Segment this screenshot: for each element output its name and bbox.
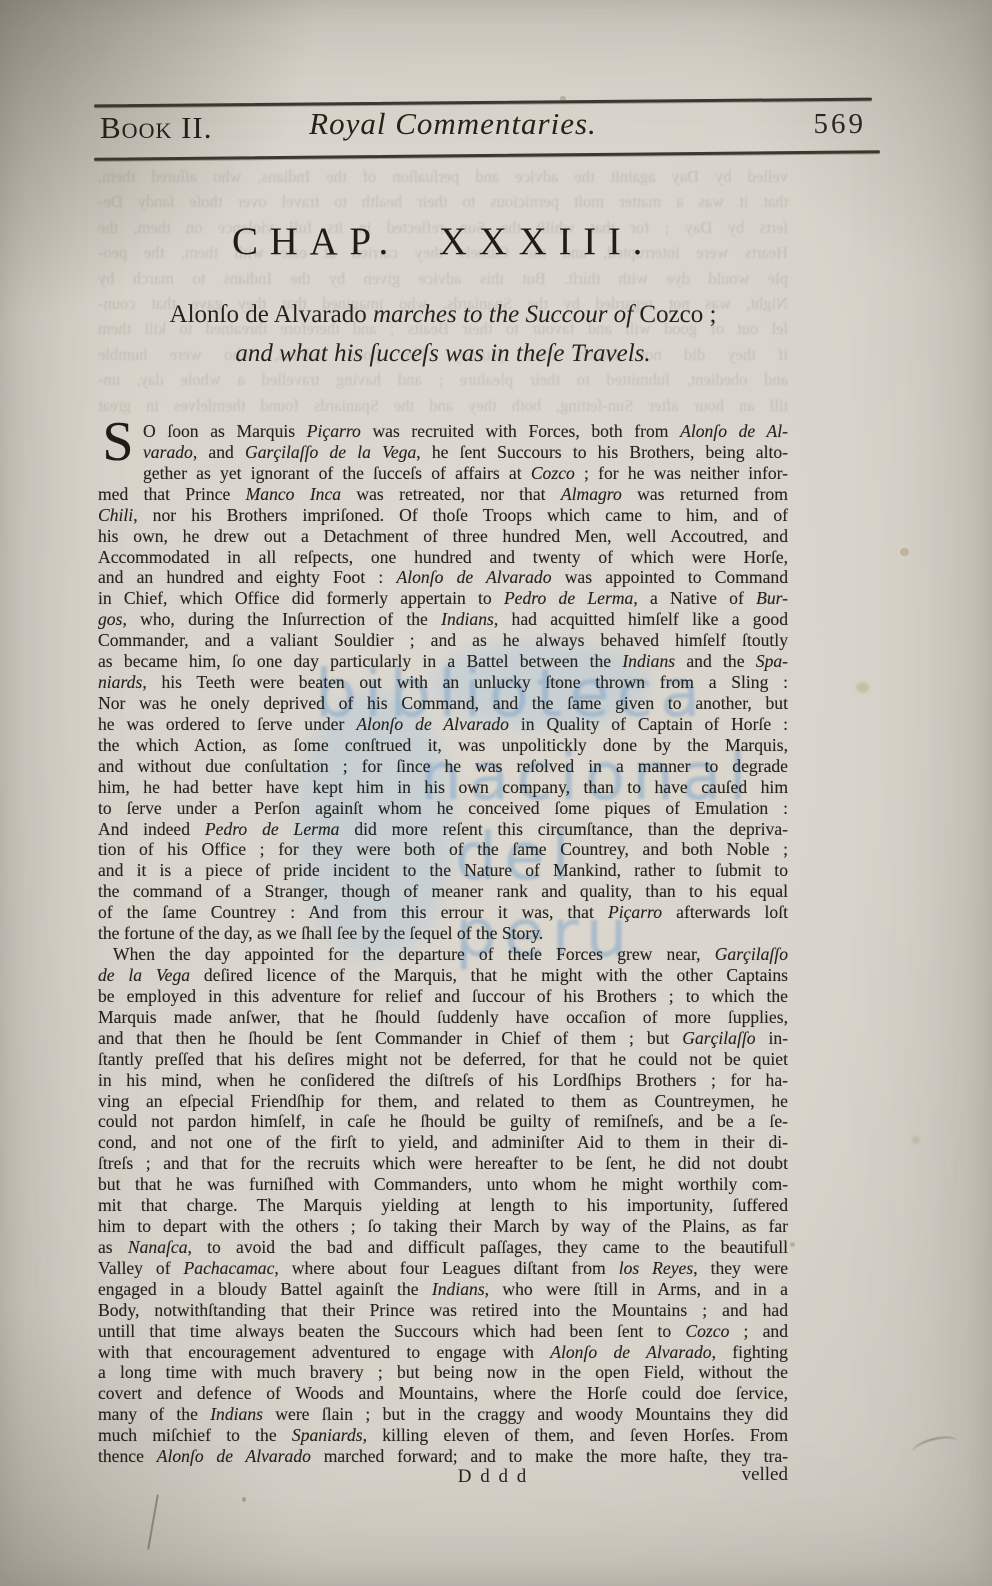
text-line: as Nanaſca, to avoid the bad and difficu…: [98, 1237, 788, 1258]
text-line: as became him, ſo one day particularly i…: [98, 651, 788, 672]
text-line: and without due conſultation ; for ſince…: [98, 756, 788, 777]
text-line: de la Vega deſired licence of the Marqui…: [98, 965, 788, 986]
text-line: with that encouragement adventured to en…: [98, 1342, 788, 1363]
text-line: mit that charge. The Marquis yielding at…: [98, 1195, 788, 1216]
fox-spot: [242, 1497, 246, 1502]
text-line: ſtantly preſſed that his deſires might n…: [98, 1049, 788, 1070]
text-line: ſtreſs ; and that for the recruits which…: [98, 1153, 788, 1174]
text-line: O ſoon as Marquis Piçarro was recruited …: [98, 421, 788, 442]
bleedthrough-line: ple would dye with thirſt. But this advi…: [98, 266, 788, 291]
text-line: Commander, and a valiant Souldier ; and …: [98, 630, 788, 651]
text-line: much miſchief to the Spaniards, killing …: [98, 1425, 788, 1446]
text-line: in his mind, when he conſidered the diſt…: [98, 1070, 788, 1091]
text-line: he was ordered to ſerve under Alonſo de …: [98, 714, 788, 735]
text-line: Marquis made anſwer, that he ſhould ſudd…: [98, 1007, 788, 1028]
text-line: gether as yet ignorant of the ſucceſs of…: [98, 463, 788, 484]
text-line: could not pardon himſelf, in caſe he ſho…: [98, 1111, 788, 1132]
signature-mark: D d d d: [458, 1466, 528, 1488]
text-line: Accommodated in all reſpects, one hundre…: [98, 547, 788, 568]
text-line: in Chief, which Office did formerly appe…: [98, 588, 788, 609]
text-line: Valley of Pachacamac, where about four L…: [98, 1258, 788, 1279]
text-line: many of the Indians were ſlain ; but in …: [98, 1404, 788, 1425]
text-line: him, he had better have kept him in his …: [98, 777, 788, 798]
running-title: Royal Commentaries.: [98, 106, 808, 142]
drop-cap: S: [98, 422, 138, 463]
text-line: med that Prince Manco Inca was retreated…: [98, 484, 788, 505]
chapter-subtitle: Alonſo de Alvarado marches to the Succou…: [98, 295, 788, 373]
fox-spot: [856, 682, 869, 693]
fox-spot: [900, 548, 909, 556]
text-line: be employed in this adventure for relief…: [98, 986, 788, 1007]
text-line: the fortune of the day, as we ſhall ſee …: [98, 923, 788, 944]
book-page-scan: bibliotecanacionaldel peru velled by Day…: [0, 0, 992, 1586]
text-line: covert and defence of Woods and Mountain…: [98, 1383, 788, 1404]
text-line: engaged in a bloudy Battel againſt the I…: [98, 1279, 788, 1300]
paragraph: When the day appointed for the departure…: [98, 944, 788, 1467]
foot-line: D d d d velled: [98, 1466, 788, 1488]
text-line: and it is a piece of pride incident to t…: [98, 860, 788, 881]
text-line: tion of his Office ; for they were both …: [98, 839, 788, 860]
text-line: And indeed Pedro de Lerma did more reſen…: [98, 819, 788, 840]
text-line: thence Alonſo de Alvarado marched forwar…: [98, 1446, 788, 1467]
text-line: the which Action, as ſome conſtrued it, …: [98, 735, 788, 756]
chapter-subtitle-line: and what his ſucceſs was in theſe Travel…: [98, 334, 788, 373]
catchword: velled: [742, 1464, 788, 1486]
pen-mark: [911, 1433, 960, 1462]
bleedthrough-line: velled by Day againſt the advice and per…: [98, 164, 788, 189]
text-line: him to depart with the others ; ſo takin…: [98, 1216, 788, 1237]
chapter-heading: CHAP. XXXIII.: [98, 219, 788, 264]
text-line: and an hundred and eighty Foot : Alonſo …: [98, 567, 788, 588]
body-text: SO ſoon as Marquis Piçarro was recruited…: [98, 421, 788, 1467]
bleedthrough-text: velled by Day againſt the advice and per…: [98, 164, 788, 418]
text-line: Body, notwithſtanding that their Prince …: [98, 1300, 788, 1321]
text-line: but that he was furniſhed with Commander…: [98, 1174, 788, 1195]
pen-mark: [147, 1494, 159, 1549]
page-header: Book II. Royal Commentaries. 569: [98, 106, 872, 152]
text-line: to ſerve under a Perſon againſt whom he …: [98, 798, 788, 819]
text-line: varado, and Garçilaſſo de la Vega, he ſe…: [98, 442, 788, 463]
text-line: Chili, nor his Brothers impriſoned. Of t…: [98, 505, 788, 526]
text-line: niards, his Teeth were beaten out with a…: [98, 672, 788, 693]
text-line: his own, he drew out a Detachment of thr…: [98, 526, 788, 547]
fox-spot: [790, 1242, 795, 1247]
text-line: a long time with much bravery ; but bein…: [98, 1362, 788, 1383]
text-line: and that then he ſhould be ſent Commande…: [98, 1028, 788, 1049]
text-line: When the day appointed for the departure…: [98, 944, 788, 965]
text-line: gos, who, during the Inſurrection of the…: [98, 609, 788, 630]
paragraph: SO ſoon as Marquis Piçarro was recruited…: [98, 421, 788, 944]
fox-spot: [912, 1136, 920, 1144]
text-line: the command of a Stranger, though of mea…: [98, 881, 788, 902]
text-line: untill that time always beaten the Succo…: [98, 1321, 788, 1342]
page-number: 569: [814, 108, 867, 141]
text-line: ving an eſpecial Friendſhip for them, an…: [98, 1091, 788, 1112]
bleedthrough-line: till an hour after Sun-ſetting, both the…: [98, 393, 788, 418]
text-line: of the ſame Countrey : And from this err…: [98, 902, 788, 923]
bleedthrough-line: that it was a matter moſt pernicious to …: [98, 189, 788, 214]
text-line: cond, and not one of the firſt to yield,…: [98, 1132, 788, 1153]
text-line: Nor was he onely deprived of his Command…: [98, 693, 788, 714]
chapter-subtitle-line: Alonſo de Alvarado marches to the Succou…: [98, 295, 788, 334]
